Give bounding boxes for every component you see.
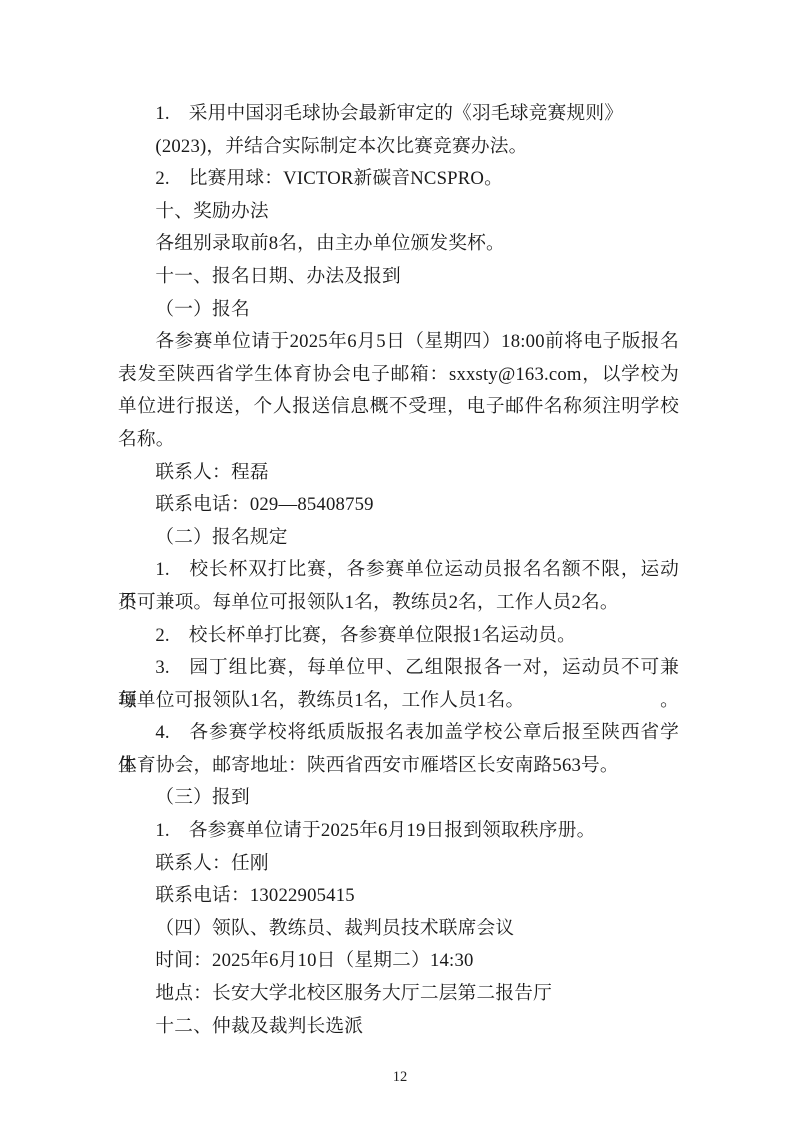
text-line: 表发至陕西省学生体育协会电子邮箱：sxxsty@163.com，以学校为 (118, 359, 679, 392)
text-line: (2023)，并结合实际制定本次比赛竞赛办法。 (118, 131, 679, 164)
text-line: （四）领队、教练员、裁判员技术联席会议 (118, 913, 679, 946)
text-line: 1. 采用中国羽毛球协会最新审定的《羽毛球竞赛规则》 (118, 98, 679, 131)
text-line: （二）报名规定 (118, 522, 679, 555)
text-line: （一）报名 (118, 294, 679, 327)
text-line: 联系电话：13022905415 (118, 880, 679, 913)
text-line: 3. 园丁组比赛，每单位甲、乙组限报各一对，运动员不可兼项。 (118, 652, 679, 685)
text-line: 1. 各参赛单位请于2025年6月19日报到领取秩序册。 (118, 815, 679, 848)
document-page: 1. 采用中国羽毛球协会最新审定的《羽毛球竞赛规则》(2023)，并结合实际制定… (0, 0, 800, 1131)
text-line: 名称。 (118, 424, 679, 457)
text-line: 十一、报名日期、办法及报到 (118, 261, 679, 294)
text-line: 各组别录取前8名，由主办单位颁发奖杯。 (118, 228, 679, 261)
text-line: 联系人：任刚 (118, 848, 679, 881)
text-line: 时间：2025年6月10日（星期二）14:30 (118, 945, 679, 978)
document-body: 1. 采用中国羽毛球协会最新审定的《羽毛球竞赛规则》(2023)，并结合实际制定… (118, 98, 679, 1043)
text-line: 2. 校长杯单打比赛，各参赛单位限报1名运动员。 (118, 620, 679, 653)
text-line: 单位进行报送，个人报送信息概不受理，电子邮件名称须注明学校 (118, 391, 679, 424)
text-line: 十二、仲裁及裁判长选派 (118, 1011, 679, 1044)
text-line: 联系电话：029—85408759 (118, 489, 679, 522)
text-line: 各参赛单位请于2025年6月5日（星期四）18:00前将电子版报名 (118, 326, 679, 359)
text-line: 2. 比赛用球：VICTOR新碳音NCSPRO。 (118, 163, 679, 196)
text-line: （三）报到 (118, 782, 679, 815)
text-line: 联系人：程磊 (118, 457, 679, 490)
text-line: 1. 校长杯双打比赛，各参赛单位运动员报名名额不限，运动员 (118, 554, 679, 587)
text-line: 十、奖励办法 (118, 196, 679, 229)
text-line: 不可兼项。每单位可报领队1名，教练员2名，工作人员2名。 (118, 587, 679, 620)
text-line: 地点：长安大学北校区服务大厅二层第二报告厅 (118, 978, 679, 1011)
text-line: 体育协会，邮寄地址：陕西省西安市雁塔区长安南路563号。 (118, 750, 679, 783)
text-line: 4. 各参赛学校将纸质版报名表加盖学校公章后报至陕西省学生 (118, 717, 679, 750)
page-number: 12 (0, 1068, 800, 1086)
